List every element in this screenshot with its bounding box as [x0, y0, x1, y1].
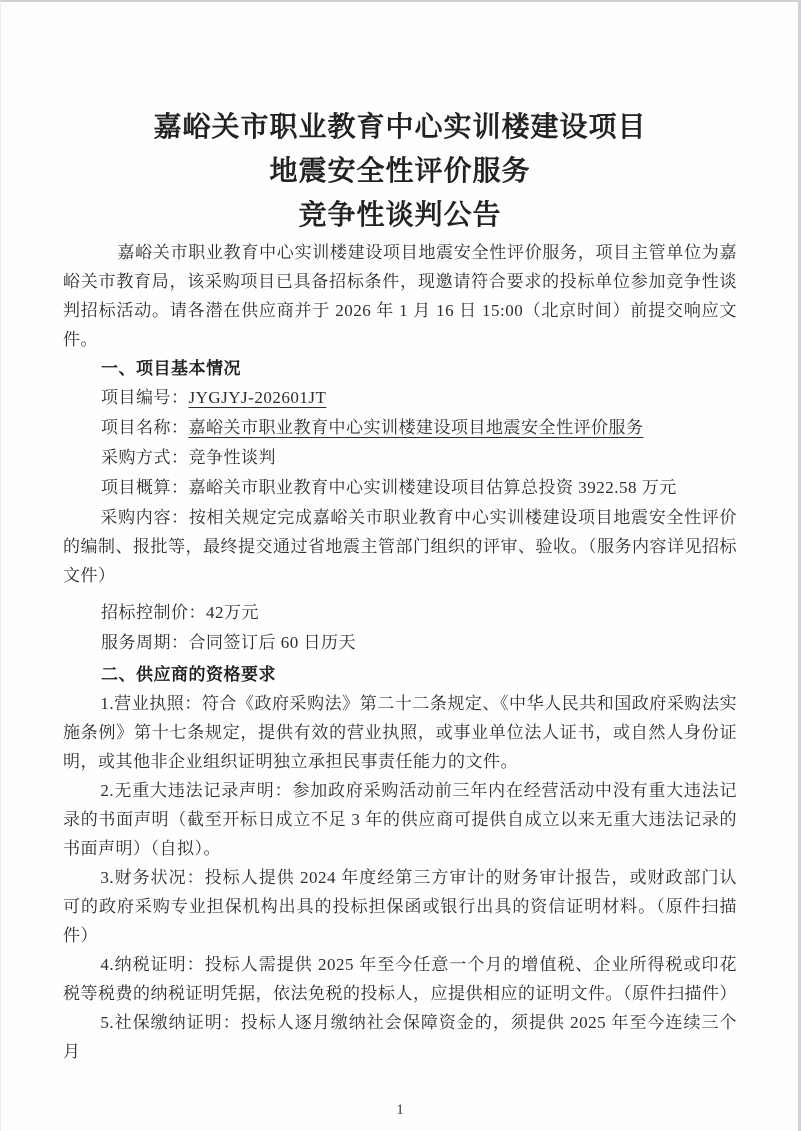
- title-line-3: 竞争性谈判公告: [63, 194, 737, 238]
- field-procurement-method: 采购方式：竞争性谈判: [63, 443, 737, 473]
- document-content: 嘉峪关市职业教育中心实训楼建设项目 地震安全性评价服务 竞争性谈判公告 嘉峪关市…: [1, 2, 798, 1120]
- field-project-number-label: 项目编号：: [101, 388, 189, 407]
- qualification-item-1: 1.营业执照：符合《政府采购法》第二十二条规定、《中华人民共和国政府采购法实施条…: [63, 689, 737, 776]
- scanned-document-page: 嘉峪关市职业教育中心实训楼建设项目 地震安全性评价服务 竞争性谈判公告 嘉峪关市…: [0, 0, 801, 1131]
- field-project-budget-value: 嘉峪关市职业教育中心实训楼建设项目估算总投资 3922.58 万元: [189, 478, 677, 497]
- field-procurement-method-value: 竞争性谈判: [189, 448, 277, 467]
- qualification-item-2: 2.无重大违法记录声明：参加政府采购活动前三年内在经营活动中没有重大违法记录的书…: [63, 776, 737, 863]
- title-line-1: 嘉峪关市职业教育中心实训楼建设项目: [63, 106, 737, 150]
- intro-paragraph: 嘉峪关市职业教育中心实训楼建设项目地震安全性评价服务，项目主管单位为嘉峪关市教育…: [63, 238, 737, 354]
- field-project-name-value: 嘉峪关市职业教育中心实训楼建设项目地震安全性评价服务: [189, 418, 644, 437]
- field-project-budget-label: 项目概算：: [101, 478, 189, 497]
- title-line-2: 地震安全性评价服务: [63, 150, 737, 194]
- document-title: 嘉峪关市职业教育中心实训楼建设项目 地震安全性评价服务 竞争性谈判公告: [63, 106, 737, 238]
- procurement-content-paragraph: 采购内容：按相关规定完成嘉峪关市职业教育中心实训楼建设项目地震安全性评价的编制、…: [63, 503, 737, 590]
- field-procurement-method-label: 采购方式：: [101, 448, 189, 467]
- field-project-name: 项目名称：嘉峪关市职业教育中心实训楼建设项目地震安全性评价服务: [63, 413, 737, 443]
- section-1-heading: 一、项目基本情况: [63, 354, 737, 383]
- service-period-line: 服务周期：合同签订后 60 日历天: [63, 628, 737, 658]
- field-project-name-label: 项目名称：: [101, 418, 189, 437]
- qualification-item-4: 4.纳税证明：投标人需提供 2025 年至今任意一个月的增值税、企业所得税或印花…: [63, 950, 737, 1008]
- page-number: 1: [63, 1100, 737, 1120]
- field-project-number-value: JYGJYJ-202601JT: [189, 388, 327, 407]
- qualification-item-5: 5.社保缴纳证明：投标人逐月缴纳社会保障资金的，须提供 2025 年至今连续三个…: [63, 1008, 737, 1066]
- qualification-item-3: 3.财务状况：投标人提供 2024 年度经第三方审计的财务审计报告，或财政部门认…: [63, 863, 737, 950]
- field-project-budget: 项目概算：嘉峪关市职业教育中心实训楼建设项目估算总投资 3922.58 万元: [63, 473, 737, 503]
- control-price-line: 招标控制价：42万元: [63, 598, 737, 628]
- section-2-heading: 二、供应商的资格要求: [63, 660, 737, 689]
- field-project-number: 项目编号：JYGJYJ-202601JT: [63, 383, 737, 413]
